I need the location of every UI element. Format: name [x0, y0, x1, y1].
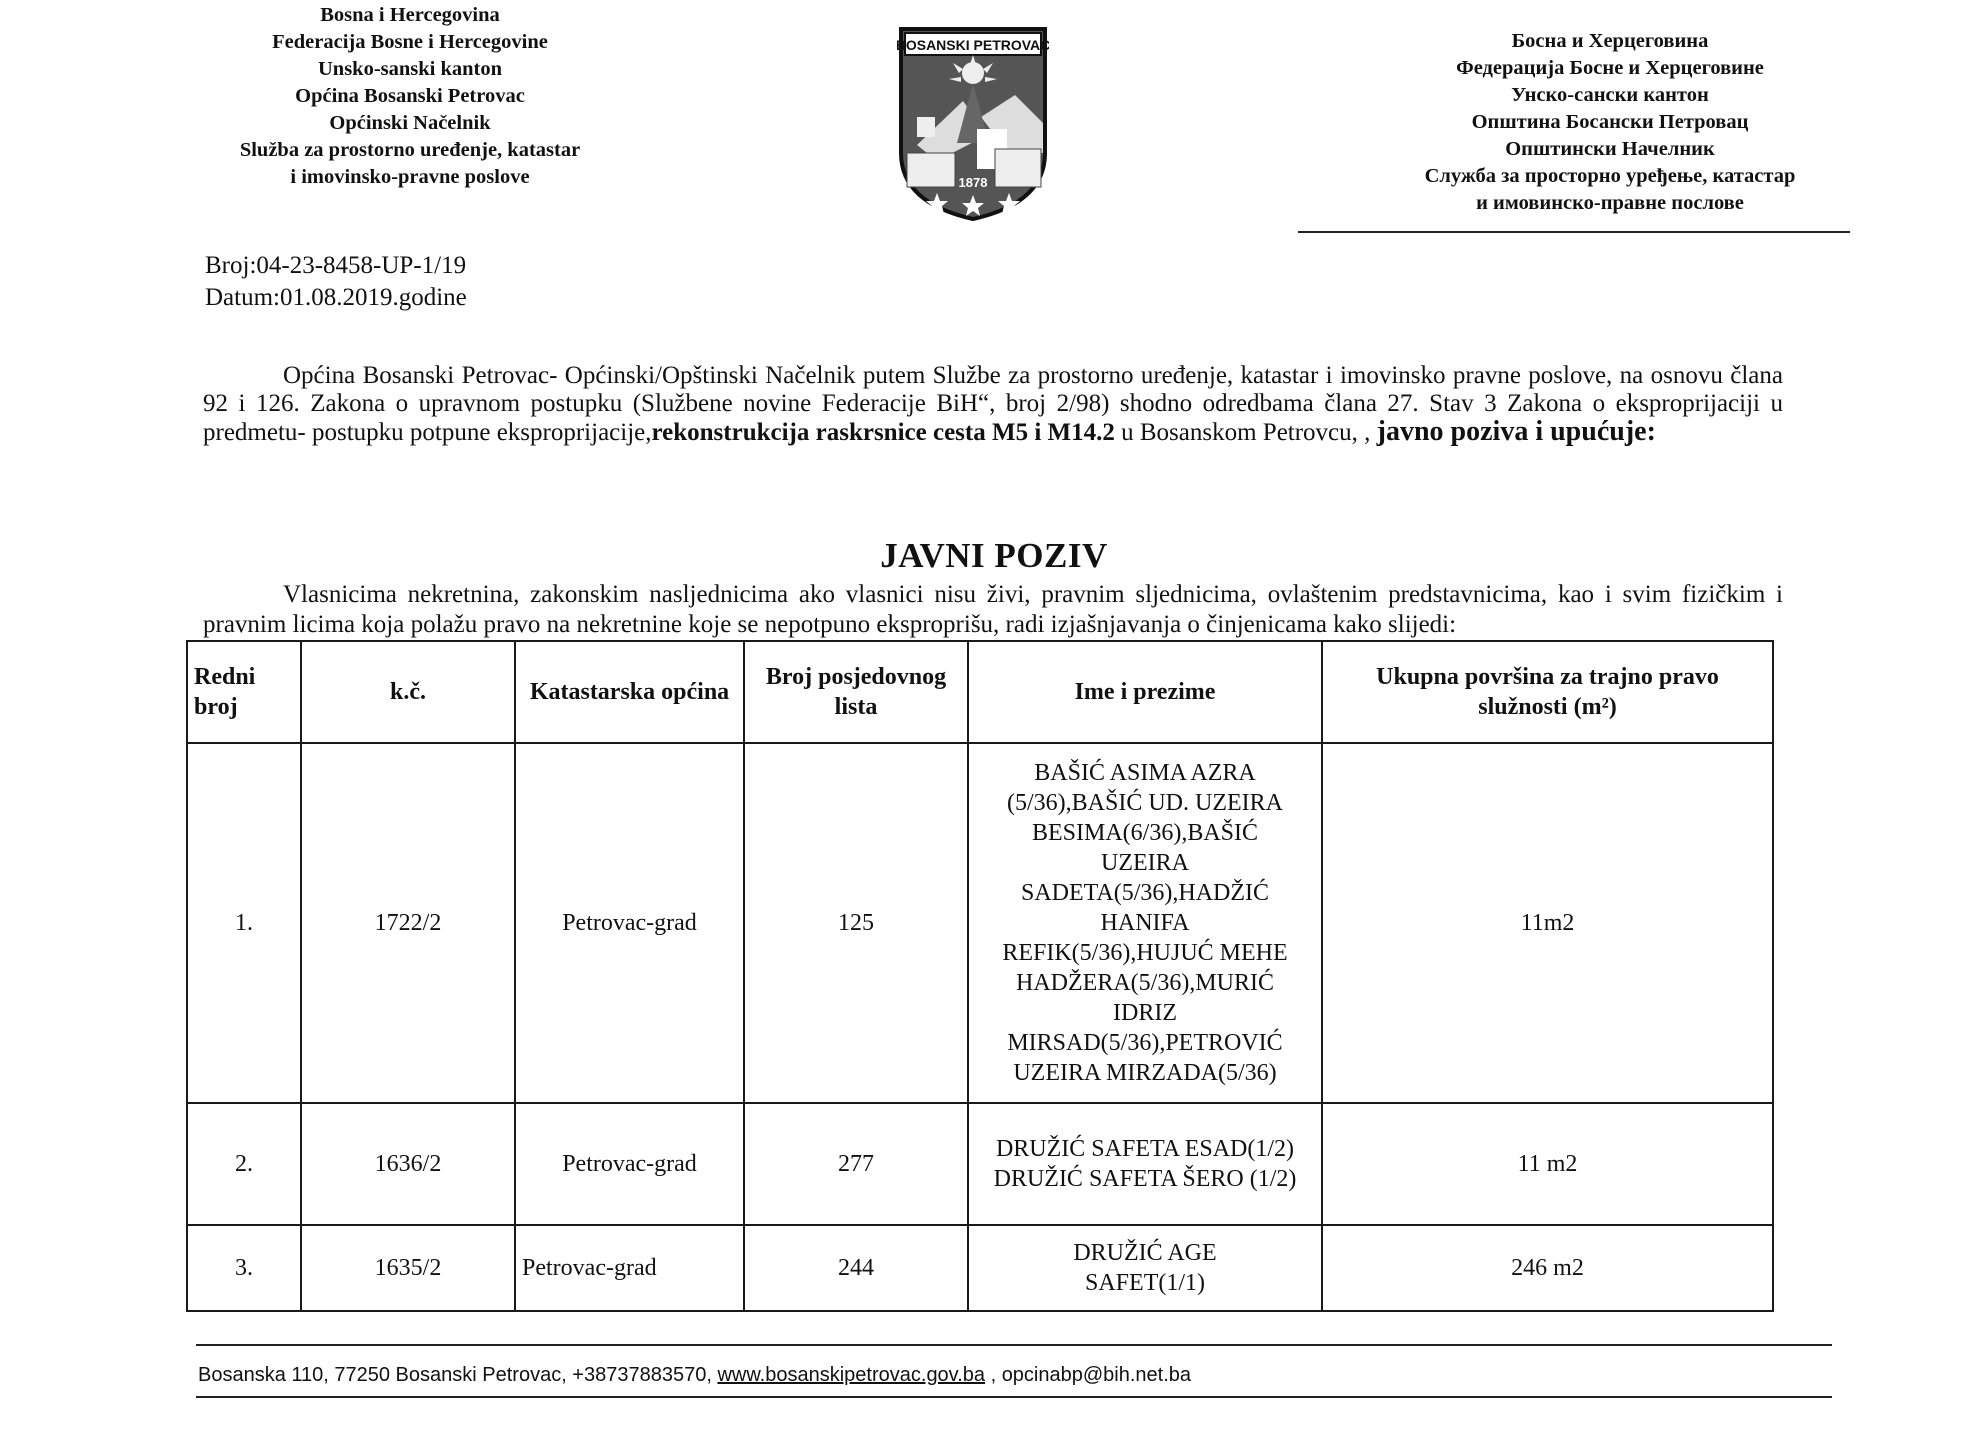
crest-year: 1878 [959, 175, 988, 190]
cell-no: 3. [187, 1225, 301, 1311]
owner-line: HADŽERA(5/36),MURIĆ [975, 968, 1315, 998]
cell-ko: Petrovac-grad [515, 1225, 744, 1311]
header-line: Босна и Херцеговина [1330, 28, 1890, 55]
owner-line: BAŠIĆ ASIMA AZRA [975, 758, 1315, 788]
col-header-no: Redni broj [187, 641, 301, 743]
header-line: Bosna i Hercegovina [190, 2, 630, 29]
reference-date: Datum:01.08.2019.godine [205, 282, 467, 314]
cell-ko: Petrovac-grad [515, 743, 744, 1103]
owner-line: UZEIRA MIRZADA(5/36) [975, 1058, 1315, 1088]
cell-no: 1. [187, 743, 301, 1103]
intro-project: rekonstrukcija raskrsnice cesta M5 i M14… [652, 419, 1115, 446]
table-row: 2. 1636/2 Petrovac-grad 277 DRUŽIĆ SAFET… [187, 1103, 1773, 1225]
lead-text: Vlasnicima nekretnina, zakonskim nasljed… [203, 581, 1783, 638]
header-line: и имовинско-правне послове [1330, 190, 1890, 217]
cell-owners: DRUŽIĆ SAFETA ESAD(1/2) DRUŽIĆ SAFETA ŠE… [968, 1103, 1322, 1225]
parcels-table: Redni broj k.č. Katastarska općina Broj … [186, 640, 1774, 1312]
col-header-ko: Katastarska općina [515, 641, 744, 743]
header-divider [1298, 231, 1850, 233]
owner-line: DRUŽIĆ SAFETA ŠERO (1/2) [975, 1164, 1315, 1194]
cell-area: 11 m2 [1322, 1103, 1773, 1225]
owner-line: (5/36),BAŠIĆ UD. UZEIRA [975, 788, 1315, 818]
header-line: Unsko-sanski kanton [190, 56, 630, 83]
owner-line: DRUŽIĆ AGE [975, 1238, 1315, 1268]
cell-area: 11m2 [1322, 743, 1773, 1103]
footer-separator: , [985, 1364, 1002, 1386]
header-right-cyrillic: Босна и Херцеговина Федерација Босне и Х… [1330, 28, 1890, 217]
owner-line: IDRIZ [975, 998, 1315, 1028]
header-line: Федерација Босне и Херцеговине [1330, 55, 1890, 82]
coat-of-arms-icon: BOSANSKI PETROVAC 1878 [897, 25, 1049, 221]
reference-number: Broj:04-23-8458-UP-1/19 [205, 250, 467, 282]
intro-paragraph: Općina Bosanski Petrovac- Općinski/Opšti… [203, 362, 1783, 447]
header-line: Општински Начелник [1330, 136, 1890, 163]
lead-paragraph: Vlasnicima nekretnina, zakonskim nasljed… [203, 580, 1783, 640]
footer-address: Bosanska 110, 77250 Bosanski Petrovac, +… [198, 1364, 717, 1386]
cell-kc: 1635/2 [301, 1225, 515, 1311]
cell-pl: 125 [744, 743, 968, 1103]
owner-line: UZEIRA [975, 848, 1315, 878]
table-header-row: Redni broj k.č. Katastarska općina Broj … [187, 641, 1773, 743]
header-line: Služba za prostorno uređenje, katastar [190, 137, 630, 164]
owner-line: SADETA(5/36),HADŽIĆ [975, 878, 1315, 908]
footer-website-link[interactable]: www.bosanskipetrovac.gov.ba [717, 1364, 985, 1386]
header-line: i imovinsko-pravne poslove [190, 164, 630, 191]
footer-contact: Bosanska 110, 77250 Bosanski Petrovac, +… [198, 1364, 1191, 1387]
header-line: Federacija Bosne i Hercegovine [190, 29, 630, 56]
header-line: Општина Босански Петровац [1330, 109, 1890, 136]
owner-line: HANIFA [975, 908, 1315, 938]
owner-line: REFIK(5/36),HUJUĆ MEHE [975, 938, 1315, 968]
col-header-kc: k.č. [301, 641, 515, 743]
table-row: 1. 1722/2 Petrovac-grad 125 BAŠIĆ ASIMA … [187, 743, 1773, 1103]
header-line: Općinski Načelnik [190, 110, 630, 137]
cell-pl: 277 [744, 1103, 968, 1225]
owner-line: DRUŽIĆ SAFETA ESAD(1/2) [975, 1134, 1315, 1164]
footer-divider-top [196, 1344, 1832, 1346]
cell-kc: 1636/2 [301, 1103, 515, 1225]
col-header-pl: Broj posjedovnog lista [744, 641, 968, 743]
table-row: 3. 1635/2 Petrovac-grad 244 DRUŽIĆ AGE S… [187, 1225, 1773, 1311]
document-reference: Broj:04-23-8458-UP-1/19 Datum:01.08.2019… [205, 250, 467, 314]
header-line: Унско-сански кантон [1330, 82, 1890, 109]
cell-owners: BAŠIĆ ASIMA AZRA (5/36),BAŠIĆ UD. UZEIRA… [968, 743, 1322, 1103]
col-header-owners: Ime i prezime [968, 641, 1322, 743]
col-header-area: Ukupna površina za trajno pravo služnost… [1322, 641, 1773, 743]
cell-area: 246 m2 [1322, 1225, 1773, 1311]
owner-line: MIRSAD(5/36),PETROVIĆ [975, 1028, 1315, 1058]
crest-banner: BOSANSKI PETROVAC [897, 37, 1049, 53]
cell-ko: Petrovac-grad [515, 1103, 744, 1225]
header-line: Općina Bosanski Petrovac [190, 83, 630, 110]
cell-pl: 244 [744, 1225, 968, 1311]
page-title: JAVNI POZIV [0, 536, 1988, 576]
intro-call: javno poziva i upućuje: [1377, 416, 1656, 447]
intro-text-2: u Bosanskom Petrovcu, , [1115, 419, 1377, 446]
header-left-latin: Bosna i Hercegovina Federacija Bosne i H… [190, 2, 630, 191]
owner-line: BESIMA(6/36),BAŠIĆ [975, 818, 1315, 848]
cell-owners: DRUŽIĆ AGE SAFET(1/1) [968, 1225, 1322, 1311]
footer-divider-bottom [196, 1396, 1832, 1398]
cell-no: 2. [187, 1103, 301, 1225]
footer-email[interactable]: opcinabp@bih.net.ba [1002, 1364, 1191, 1386]
owner-line: SAFET(1/1) [975, 1268, 1315, 1298]
cell-kc: 1722/2 [301, 743, 515, 1103]
header-line: Служба за просторно уређење, катастар [1330, 163, 1890, 190]
